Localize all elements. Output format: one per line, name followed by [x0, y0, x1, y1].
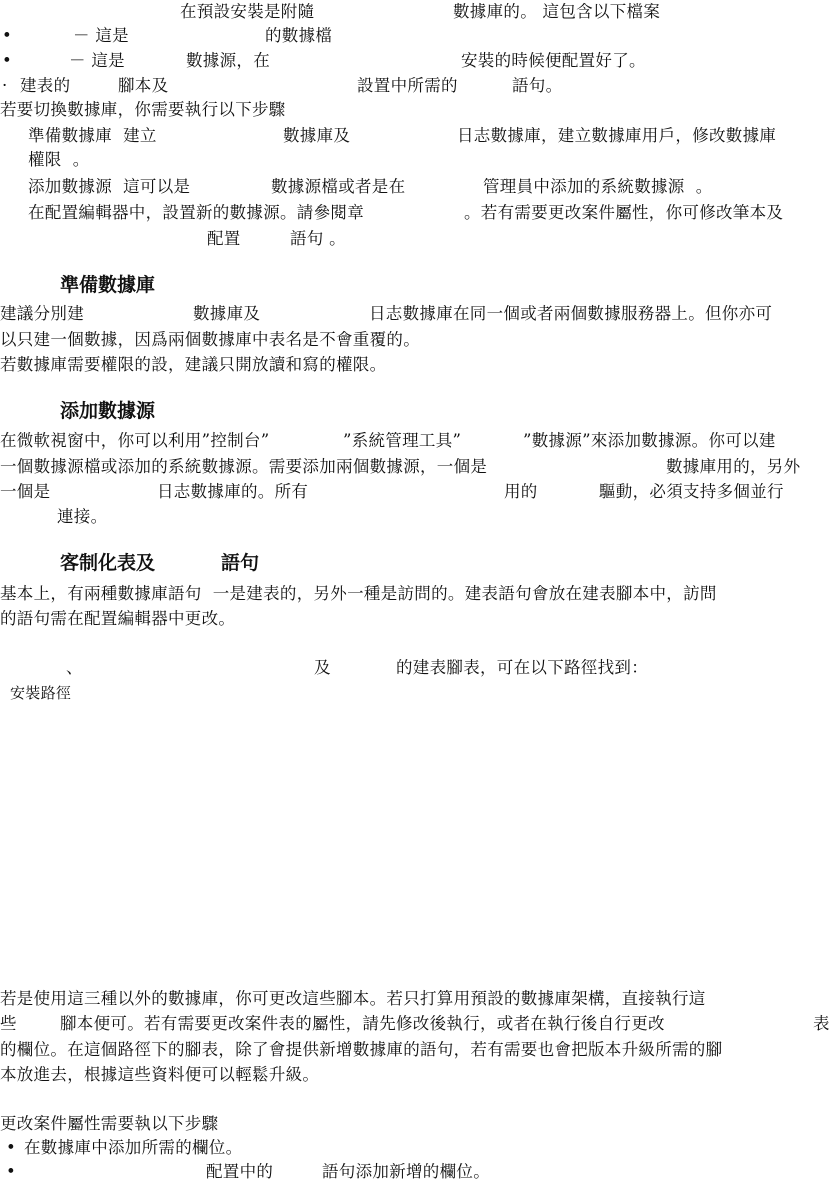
paragraph-text: 建議分別建 — [0, 304, 84, 324]
list-item-text: 數據源，在 — [186, 51, 270, 71]
paragraph-text: 表 — [813, 1014, 830, 1034]
bullet-icon: • — [6, 1138, 16, 1158]
paragraph-text: 基本上，有兩種數據庫語句 一是建表的，另外一種是訪問的。建表語句會放在建表腳本中… — [0, 584, 717, 604]
list-item-text: － 這是 — [69, 51, 125, 71]
list-item-text: 配置中的 — [206, 1162, 273, 1182]
step-text: 日志數據庫，建立數據庫用戶，修改數據庫 — [457, 126, 776, 146]
step-text: 配置 — [207, 229, 241, 249]
bullet-icon: • — [2, 26, 12, 46]
paragraph-text: 及 — [314, 658, 331, 678]
paragraph-text: 數據庫及 — [193, 304, 260, 324]
bullet-icon: · — [2, 76, 8, 96]
step-text: 在配置編輯器中，設置新的數據源。請參閱章 — [28, 203, 364, 223]
section-heading: 準備數據庫 — [60, 273, 155, 297]
paragraph-text: 本放進去，根據這些資料便可以輕鬆升級。 — [0, 1065, 319, 1085]
bullet-icon: • — [6, 1162, 16, 1182]
paragraph-text: 日志數據庫在同一個或者兩個數據服務器上。但你亦可 — [369, 304, 772, 324]
install-path-label: 安裝路徑 — [10, 683, 71, 703]
list-item-text: 語句添加新增的欄位。 — [322, 1162, 490, 1182]
list-item-text: 腳本及 — [118, 76, 168, 96]
step-text: 語句 。 — [290, 229, 346, 249]
paragraph-text: 用的 — [504, 482, 538, 502]
list-item-text: 安裝的時候便配置好了。 — [461, 51, 646, 71]
steps-intro: 更改案件屬性需要執以下步驟 — [0, 1114, 218, 1134]
paragraph-text: 驅動，必須支持多個並行 — [599, 482, 784, 502]
switch-intro: 若要切換數據庫，你需要執行以下步驟 — [0, 100, 286, 120]
paragraph-text: 以只建一個數據，因爲兩個數據庫中表名是不會重覆的。 — [0, 330, 420, 350]
paragraph-text: ”數據源”來添加數據源。你可以建 — [523, 431, 776, 451]
paragraph-text: 若是使用這三種以外的數據庫，你可更改這些腳本。若只打算用預設的數據庫架構，直接執… — [0, 989, 706, 1009]
paragraph-text: 腳本便可。若有需要更改案件表的屬性，請先修改後執行，或者在執行後自行更改 — [60, 1014, 665, 1034]
paragraph-text: 的建表腳表，可在以下路徑找到： — [396, 658, 648, 678]
list-item-text: 的數據檔 — [265, 26, 332, 46]
list-item-text: 語句。 — [512, 76, 562, 96]
step-text: 數據庫及 — [283, 126, 350, 146]
step-text: 。若有需要更改案件屬性，你可修改筆本及 — [464, 203, 783, 223]
section-heading: 添加數據源 — [60, 399, 155, 423]
step-text: 準備數據庫 建立 — [28, 126, 157, 146]
step-text: 添加數據源 這可以是 — [28, 177, 190, 197]
paragraph-text: 一個是 — [0, 482, 50, 502]
step-text: 數據源檔或者是在 — [271, 177, 405, 197]
list-item-text: 建表的 — [20, 76, 70, 96]
step-text: 管理員中添加的系統數據源 。 — [483, 177, 713, 197]
intro-text: 數據庫的。 這包含以下檔案 — [453, 2, 660, 22]
paragraph-text: 在微軟視窗中，你可以利用”控制台” — [0, 431, 269, 451]
paragraph-text: 若數據庫需要權限的設，建議只開放讀和寫的權限。 — [0, 355, 386, 375]
section-heading: 語句 — [221, 551, 259, 575]
paragraph-text: 一個數據源檔或添加的系統數據源。需要添加兩個數據源，一個是 — [0, 457, 487, 477]
paragraph-text: 數據庫用的，另外 — [666, 457, 800, 477]
step-text: 權限 。 — [28, 150, 90, 170]
paragraph-text: 、 — [66, 658, 83, 678]
paragraph-text: 日志數據庫的。所有 — [157, 482, 308, 502]
list-item-text: － 這是 — [73, 26, 129, 46]
list-item-text: 在數據庫中添加所需的欄位。 — [24, 1138, 242, 1158]
paragraph-text: 的欄位。在這個路徑下的腳表，除了會提供新增數據庫的語句，若有需要也會把版本升級所… — [0, 1040, 722, 1060]
paragraph-text: 些 — [0, 1014, 17, 1034]
list-item-text: 設置中所需的 — [357, 76, 458, 96]
section-heading: 客制化表及 — [60, 551, 155, 575]
paragraph-text: 的語句需在配置編輯器中更改。 — [0, 609, 235, 629]
paragraph-text: 連接。 — [57, 507, 107, 527]
paragraph-text: ”系統管理工具” — [343, 431, 461, 451]
intro-text: 在預設安裝是附隨 — [180, 2, 314, 22]
bullet-icon: • — [2, 51, 12, 71]
